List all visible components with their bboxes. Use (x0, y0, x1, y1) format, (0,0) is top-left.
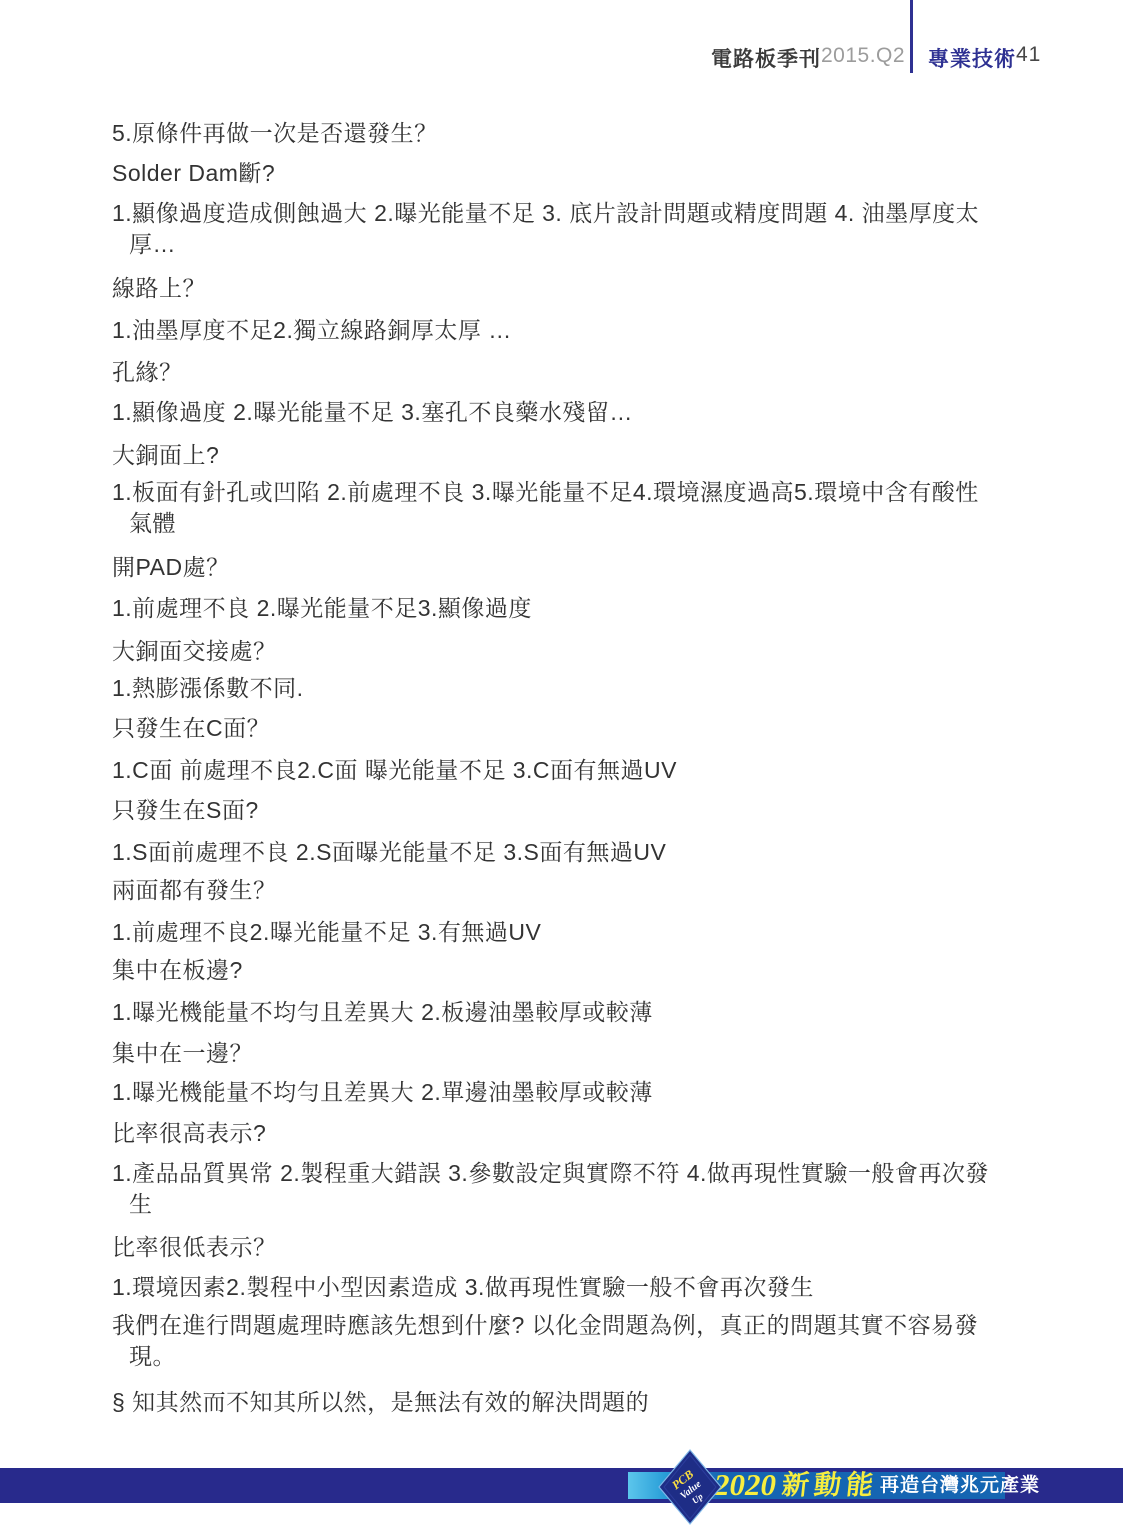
body-line: 1.S面前處理不良 2.S面曝光能量不足 3.S面有無過UV (112, 837, 1032, 868)
body-line: 比率很低表示？ (112, 1232, 1032, 1263)
body-paragraph: 5.原條件再做一次是否還發生？ (112, 118, 1032, 149)
body-paragraph: § 知其然而不知其所以然，是無法有效的解決問題的 (112, 1387, 1032, 1418)
body-paragraph: 1.曝光機能量不均勻且差異大 2.板邊油墨較厚或較薄 (112, 997, 1032, 1028)
body-paragraph: 兩面都有發生？ (112, 875, 1032, 906)
body-line: 孔緣？ (112, 357, 1032, 388)
body-line: 我們在進行問題處理時應該先想到什麼? 以化金問題為例，真正的問題其實不容易發 (112, 1310, 1032, 1341)
body-line: 氣體 (112, 508, 1032, 539)
body-paragraph: 1.曝光機能量不均勻且差異大 2.單邊油墨較厚或較薄 (112, 1077, 1032, 1108)
body-line: 開PAD處？ (112, 552, 1032, 583)
body-line: § 知其然而不知其所以然，是無法有效的解決問題的 (112, 1387, 1032, 1418)
body-line: 1.C面 前處理不良2.C面 曝光能量不足 3.C面有無過UV (112, 755, 1032, 786)
body-paragraph: 1.熱膨漲係數不同. (112, 673, 1032, 704)
body-line: 1.產品品質異常 2.製程重大錯誤 3.參數設定與實際不符 4.做再現性實驗一般… (112, 1158, 1032, 1189)
body-line: 兩面都有發生？ (112, 875, 1032, 906)
body-line: 比率很高表示? (112, 1118, 1032, 1149)
pcb-value-up-logo-icon: PCB Value Up (658, 1449, 722, 1525)
body-paragraph: 1.板面有針孔或凹陷 2.前處理不良 3.曝光能量不足4.環境濕度過高5.環境中… (112, 477, 1032, 539)
body-line: 生 (112, 1189, 1032, 1220)
body-line: 大銅面上? (112, 440, 1032, 471)
body-line: Solder Dam斷? (112, 158, 1032, 189)
footer-slogan-sub: 再造台灣兆元產業 (880, 1468, 1040, 1503)
body-paragraph: 大銅面上? (112, 440, 1032, 471)
document-page: 電路板季刊 2015.Q2 專業技術 41 5.原條件再做一次是否還發生？Sol… (0, 0, 1123, 1536)
body-paragraph: 只發生在C面？ (112, 713, 1032, 744)
body-paragraph: 開PAD處？ (112, 552, 1032, 583)
body-line: 集中在板邊? (112, 955, 1032, 986)
body-line: 5.原條件再做一次是否還發生？ (112, 118, 1032, 149)
body-paragraph: 1.前處理不良 2.曝光能量不足3.顯像過度 (112, 593, 1032, 624)
body-line: 大銅面交接處？ (112, 636, 1032, 667)
body-paragraph: 1.S面前處理不良 2.S面曝光能量不足 3.S面有無過UV (112, 837, 1032, 868)
body-paragraph: 集中在板邊? (112, 955, 1032, 986)
body-line: 現。 (112, 1341, 1032, 1372)
body-text: 5.原條件再做一次是否還發生？Solder Dam斷?1.顯像過度造成側蝕過大 … (0, 0, 1123, 1460)
body-paragraph: 1.顯像過度造成側蝕過大 2.曝光能量不足 3. 底片設計問題或精度問題 4. … (112, 198, 1032, 260)
body-line: 1.曝光機能量不均勻且差異大 2.板邊油墨較厚或較薄 (112, 997, 1032, 1028)
body-line: 只發生在C面？ (112, 713, 1032, 744)
body-paragraph: 1.油墨厚度不足2.獨立線路銅厚太厚 … (112, 315, 1032, 346)
body-line: 線路上？ (112, 273, 1032, 304)
body-paragraph: 1.前處理不良2.曝光能量不足 3.有無過UV (112, 917, 1032, 948)
body-line: 1.顯像過度造成側蝕過大 2.曝光能量不足 3. 底片設計問題或精度問題 4. … (112, 198, 1032, 229)
body-line: 厚… (112, 229, 1032, 260)
body-paragraph: 集中在一邊？ (112, 1038, 1032, 1069)
body-paragraph: 比率很低表示？ (112, 1232, 1032, 1263)
body-line: 1.顯像過度 2.曝光能量不足 3.塞孔不良藥水殘留… (112, 397, 1032, 428)
body-line: 1.熱膨漲係數不同. (112, 673, 1032, 704)
body-paragraph: 線路上？ (112, 273, 1032, 304)
body-line: 1.前處理不良2.曝光能量不足 3.有無過UV (112, 917, 1032, 948)
body-line: 1.曝光機能量不均勻且差異大 2.單邊油墨較厚或較薄 (112, 1077, 1032, 1108)
body-paragraph: Solder Dam斷? (112, 158, 1032, 189)
body-line: 1.環境因素2.製程中小型因素造成 3.做再現性實驗一般不會再次發生 (112, 1272, 1032, 1303)
body-paragraph: 1.C面 前處理不良2.C面 曝光能量不足 3.C面有無過UV (112, 755, 1032, 786)
body-paragraph: 大銅面交接處？ (112, 636, 1032, 667)
body-line: 只發生在S面? (112, 795, 1032, 826)
body-line: 1.板面有針孔或凹陷 2.前處理不良 3.曝光能量不足4.環境濕度過高5.環境中… (112, 477, 1032, 508)
body-line: 1.前處理不良 2.曝光能量不足3.顯像過度 (112, 593, 1032, 624)
body-paragraph: 1.產品品質異常 2.製程重大錯誤 3.參數設定與實際不符 4.做再現性實驗一般… (112, 1158, 1032, 1220)
body-paragraph: 我們在進行問題處理時應該先想到什麼? 以化金問題為例，真正的問題其實不容易發現。 (112, 1310, 1032, 1372)
body-paragraph: 比率很高表示? (112, 1118, 1032, 1149)
body-paragraph: 1.環境因素2.製程中小型因素造成 3.做再現性實驗一般不會再次發生 (112, 1272, 1032, 1303)
body-line: 集中在一邊？ (112, 1038, 1032, 1069)
body-paragraph: 只發生在S面? (112, 795, 1032, 826)
footer-year: 2020 (714, 1466, 776, 1503)
body-paragraph: 孔緣？ (112, 357, 1032, 388)
body-line: 1.油墨厚度不足2.獨立線路銅厚太厚 … (112, 315, 1032, 346)
footer-slogan-main: 新動能 (780, 1468, 880, 1503)
body-paragraph: 1.顯像過度 2.曝光能量不足 3.塞孔不良藥水殘留… (112, 397, 1032, 428)
